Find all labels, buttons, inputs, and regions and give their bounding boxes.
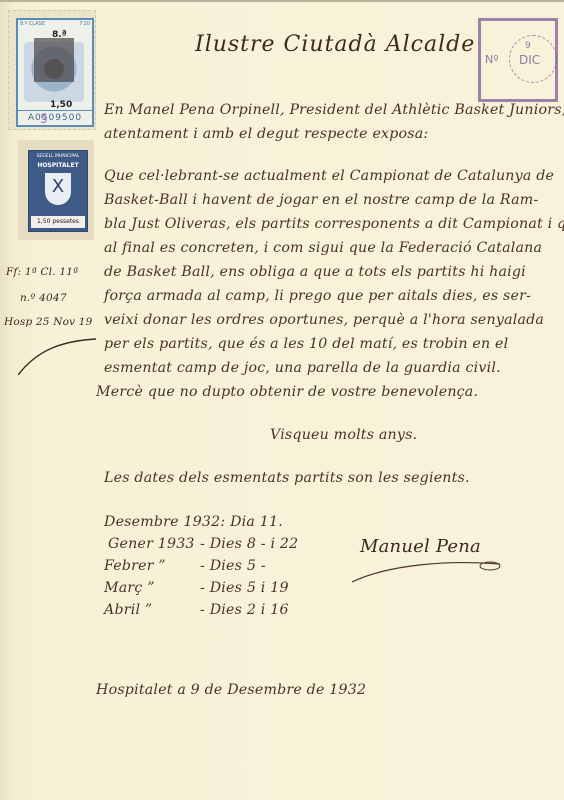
- stamp-value: 1,50: [50, 100, 72, 110]
- schedule-days: 8 - i 22: [247, 536, 299, 552]
- violet-mark: 5: [40, 112, 48, 126]
- schedule-month: Març ”: [104, 580, 200, 596]
- body-line: força armada al camp, li prego que per a…: [104, 288, 531, 304]
- margin-flourish: [18, 337, 98, 377]
- intro-line: En Manel Pena Orpinell, President del At…: [104, 102, 564, 118]
- stamp-price-label: 7'20: [79, 21, 90, 27]
- registry-no-label: Nº: [485, 53, 498, 66]
- schedule-row: Gener 1933- Dies 8 - i 22: [108, 536, 298, 552]
- schedule-row: Març ”- Dies 5 i 19: [104, 580, 289, 596]
- schedule-sep: -: [200, 536, 205, 552]
- signature-flourish: [350, 554, 510, 584]
- municipal-stamp-line2: HOSPITALET: [29, 162, 87, 169]
- schedule-month: Abril ”: [104, 602, 200, 618]
- schedule-sep: :: [220, 514, 225, 530]
- margin-note: Hosp 25 Nov 19: [4, 316, 93, 328]
- schedule-days-label: Dies: [210, 580, 242, 596]
- schedule-sep: -: [200, 580, 205, 596]
- municipal-stamp-value: 1,50 pessetes: [31, 216, 85, 228]
- schedule-month: Desembre 1932: [104, 514, 220, 530]
- stamp-class-label: 8.ª CLASE: [20, 21, 45, 27]
- overprint-mark: [34, 38, 74, 82]
- schedule-row: Febrer ”- Dies 5 -: [104, 558, 266, 574]
- schedule-row: Abril ”- Dies 2 i 16: [104, 602, 289, 618]
- fiscal-stamp-frame: 8.ª CLASE 7'20 8.ª 1,50 A0509500: [16, 18, 94, 127]
- margin-note: n.º 4047: [20, 292, 67, 304]
- schedule-days-label: Dies: [210, 536, 242, 552]
- municipal-stamp-line1: SEGELL MUNICIPAL: [29, 154, 87, 159]
- schedule-days: 5 -: [247, 558, 266, 574]
- registry-day: 9: [525, 41, 531, 51]
- thanks-line: Mercè que no dupto obtenir de vostre ben…: [96, 384, 478, 400]
- letter-title: Ilustre Ciutadà Alcalde: [195, 32, 475, 57]
- body-line: Que cel·lebrant-se actualment el Campion…: [104, 168, 554, 184]
- cross-icon: X: [45, 176, 71, 197]
- body-line: de Basket Ball, ens obliga a que a tots …: [104, 264, 526, 280]
- municipal-stamp: SEGELL MUNICIPAL HOSPITALET X 1,50 pesse…: [18, 140, 94, 240]
- schedule-days: 11.: [260, 514, 283, 530]
- schedule-sep: -: [200, 558, 205, 574]
- stamp-serial: A0509500: [18, 110, 92, 125]
- schedule-sep: -: [200, 602, 205, 618]
- schedule-days-label: Dies: [210, 558, 242, 574]
- place-date: Hospitalet a 9 de Desembre de 1932: [96, 682, 366, 698]
- margin-note: Ff: 1ª Cl. 11ª: [6, 266, 78, 278]
- intro-line: atentament i amb el degut respecte expos…: [104, 126, 428, 142]
- body-line: per els partits, que és a les 10 del mat…: [104, 336, 508, 352]
- registry-month: DIC: [519, 53, 540, 67]
- letter-page: 8.ª CLASE 7'20 8.ª 1,50 A0509500 5 SEGEL…: [0, 0, 564, 800]
- registry-stamp: Nº 9 DIC: [478, 18, 558, 102]
- body-line: veixi donar les ordres oportunes, perquè…: [104, 312, 544, 328]
- stamp-class-number: 8.ª: [52, 30, 67, 40]
- body-line: esmentat camp de joc, una parella de la …: [104, 360, 501, 376]
- municipal-stamp-frame: SEGELL MUNICIPAL HOSPITALET X 1,50 pesse…: [28, 150, 88, 232]
- schedule-row: Desembre 1932: Dia 11.: [104, 514, 283, 530]
- shield-icon: X: [45, 173, 71, 205]
- schedule-days-label: Dia: [230, 514, 255, 530]
- body-line: al final es concreten, i com sigui que l…: [104, 240, 542, 256]
- closing-line: Visqueu molts anys.: [270, 427, 417, 443]
- schedule-days: 2 i 16: [247, 602, 289, 618]
- dates-intro: Les dates dels esmentats partits son les…: [104, 470, 470, 486]
- schedule-days: 5 i 19: [247, 580, 289, 596]
- fiscal-stamp: 8.ª CLASE 7'20 8.ª 1,50 A0509500: [8, 10, 96, 130]
- body-line: Basket-Ball i havent de jogar en el nost…: [104, 192, 538, 208]
- schedule-month: Gener 1933: [108, 536, 200, 552]
- body-line: bla Just Oliveras, els partits correspon…: [104, 216, 564, 232]
- schedule-month: Febrer ”: [104, 558, 200, 574]
- schedule-days-label: Dies: [210, 602, 242, 618]
